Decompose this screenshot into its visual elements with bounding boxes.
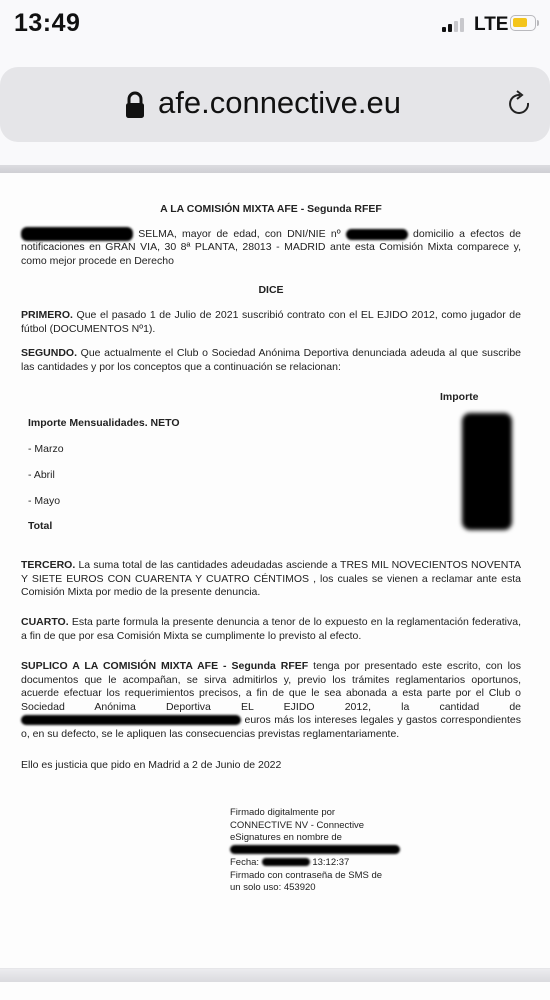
- cuarto-paragraph: CUARTO. Esta parte formula la presente d…: [21, 616, 521, 643]
- signature-date-line: Fecha: 13:12:37: [230, 857, 400, 870]
- reload-icon[interactable]: [505, 89, 535, 119]
- toolbar-divider: [0, 165, 550, 173]
- status-bar: 13:49 LTE: [0, 0, 550, 55]
- cuarto-label: CUARTO.: [21, 616, 69, 628]
- redacted-signer: [230, 845, 400, 854]
- table-row: Importe Mensualidades. NETO: [28, 417, 180, 431]
- battery-tip: [537, 20, 539, 26]
- name-fragment: SELMA,: [138, 228, 177, 240]
- document-heading: A LA COMISIÓN MIXTA AFE - Segunda RFEF: [21, 203, 521, 217]
- redacted-amount-words: [21, 715, 241, 725]
- segundo-text: Que actualmente el Club o Sociedad Anóni…: [21, 347, 521, 373]
- tercero-text: La suma total de las cantidades adeudada…: [21, 559, 521, 598]
- tercero-label: TERCERO.: [21, 559, 75, 571]
- table-row: - Marzo: [28, 443, 64, 457]
- network-type: LTE: [474, 14, 508, 36]
- signature-time: 13:12:37: [312, 857, 349, 868]
- primero-label: PRIMERO.: [21, 309, 73, 321]
- lock-icon: [125, 91, 145, 119]
- segundo-label: SEGUNDO.: [21, 347, 77, 359]
- url-text[interactable]: afe.connective.eu: [158, 85, 401, 121]
- pdf-document: A LA COMISIÓN MIXTA AFE - Segunda RFEF S…: [0, 173, 550, 968]
- primero-paragraph: PRIMERO. Que el pasado 1 de Julio de 202…: [21, 309, 521, 336]
- battery-icon: [510, 15, 536, 31]
- dice-heading: DICE: [21, 284, 521, 298]
- cuarto-text: Esta parte formula la presente denuncia …: [21, 616, 521, 642]
- redacted-date: [262, 858, 310, 866]
- table-row: - Mayo: [28, 495, 60, 509]
- table-row: Total: [28, 520, 52, 534]
- signature-line-3: eSignatures en nombre de: [230, 832, 400, 845]
- primero-text: Que el pasado 1 de Julio de 2021 suscrib…: [21, 309, 521, 335]
- intro-text-1: mayor de edad, con DNI/NIE nº: [177, 228, 346, 240]
- redacted-name: [21, 227, 133, 241]
- table-row: - Abril: [28, 469, 55, 483]
- clock: 13:49: [14, 9, 80, 38]
- address-bar[interactable]: afe.connective.eu: [0, 67, 550, 142]
- intro-paragraph: SELMA, mayor de edad, con DNI/NIE nº dom…: [21, 227, 521, 268]
- date-label: Fecha:: [230, 857, 262, 868]
- suplico-paragraph: SUPLICO A LA COMISIÓN MIXTA AFE - Segund…: [21, 660, 521, 741]
- closing-line: Ello es justicia que pido en Madrid a 2 …: [21, 759, 521, 773]
- next-page-area: [0, 982, 550, 1000]
- signal-icon: [442, 17, 464, 32]
- digital-signature-block: Firmado digitalmente por CONNECTIVE NV -…: [230, 807, 400, 895]
- signature-line-2: CONNECTIVE NV - Connective: [230, 820, 400, 833]
- tercero-paragraph: TERCERO. La suma total de las cantidades…: [21, 559, 521, 600]
- suplico-label: SUPLICO A LA COMISIÓN MIXTA AFE - Segund…: [21, 660, 308, 672]
- redacted-amounts: [462, 413, 512, 530]
- browser-chrome: afe.connective.eu: [0, 55, 550, 173]
- signature-line-1: Firmado digitalmente por: [230, 807, 400, 820]
- segundo-paragraph: SEGUNDO. Que actualmente el Club o Socie…: [21, 347, 521, 374]
- page-separator: [0, 968, 550, 983]
- signature-redacted-line: [230, 845, 400, 858]
- importe-header: Importe: [440, 391, 479, 405]
- redacted-dni: [346, 229, 408, 240]
- signature-line-7: un solo uso: 453920: [230, 882, 400, 895]
- signature-line-6: Firmado con contraseña de SMS de: [230, 870, 400, 883]
